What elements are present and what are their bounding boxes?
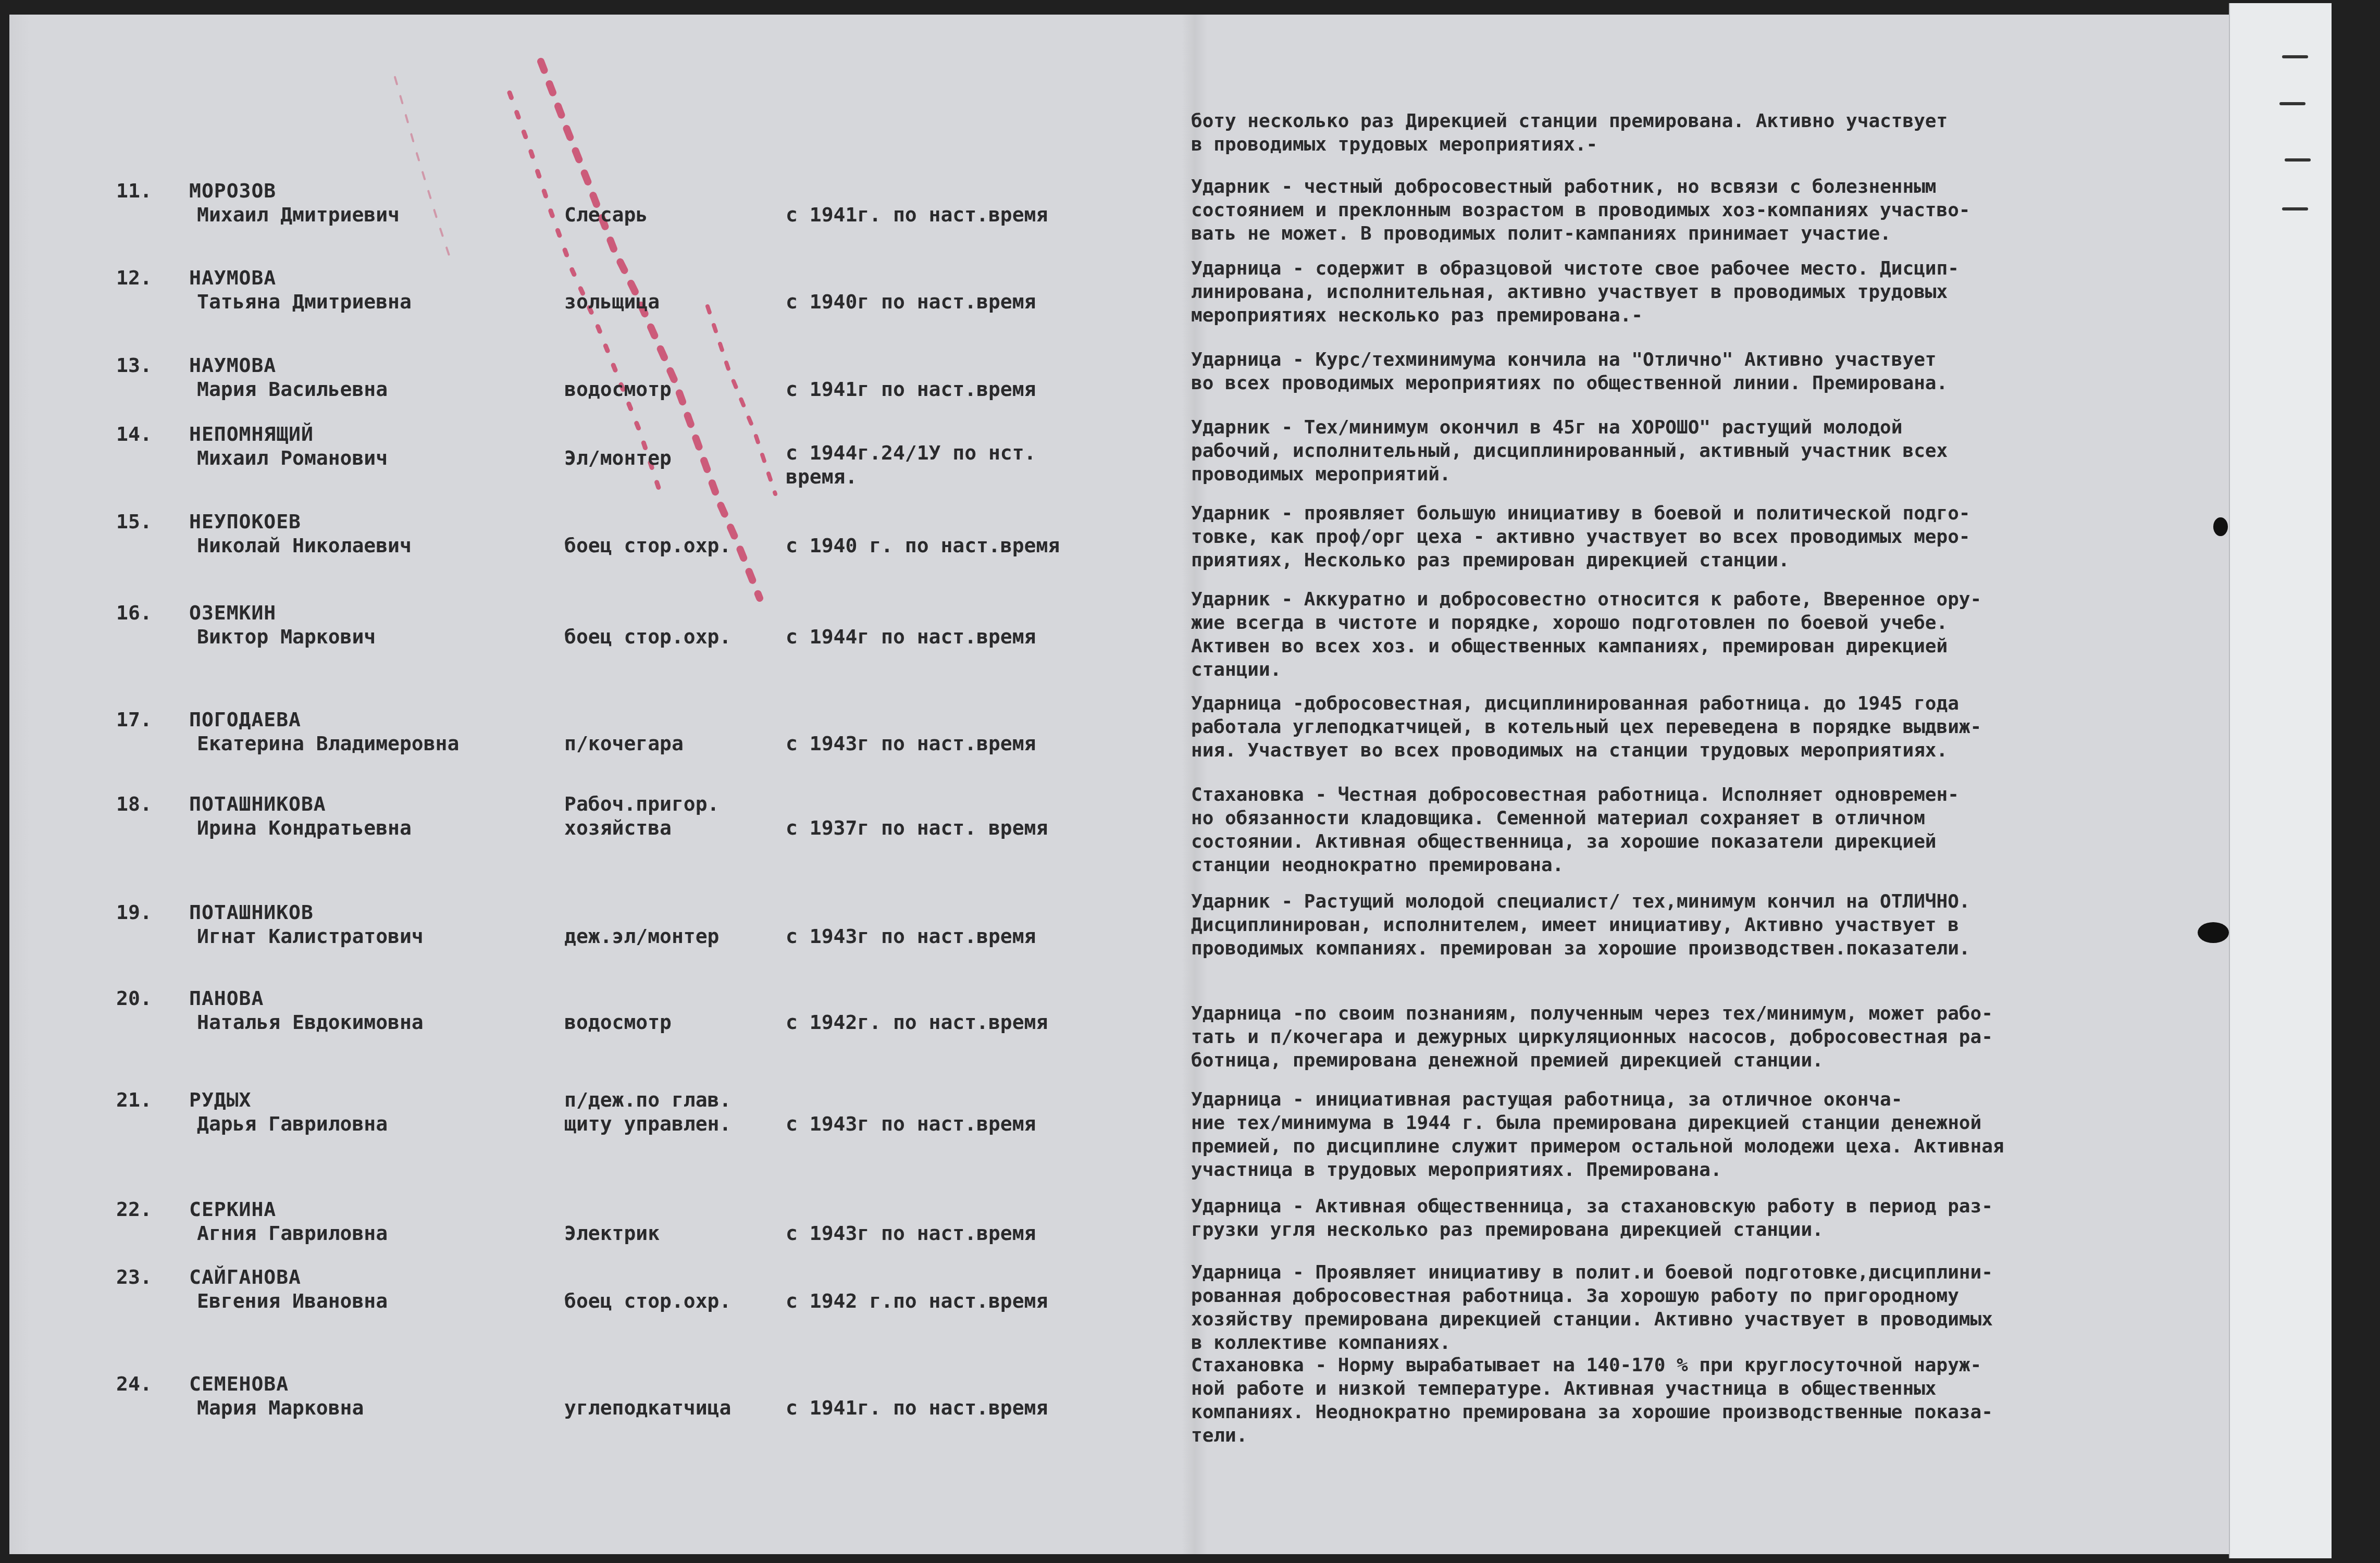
entry-surname: НЕПОМНЯЩИЙ: [189, 422, 314, 446]
entry-number: 16.: [116, 601, 152, 625]
entry-surname: НАУМОВА: [189, 353, 276, 377]
entry-given-names: Михаил Романович: [197, 446, 388, 470]
entry-period: с 1941г. по наст.время: [786, 1396, 1048, 1420]
entry-number: 11.: [116, 179, 152, 203]
entry-surname: ПАНОВА: [189, 986, 264, 1010]
entry-characteristic: Ударник - проявляет большую инициативу в…: [1191, 502, 2207, 572]
entry-surname: САЙГАНОВА: [189, 1265, 301, 1289]
entry-surname: ПОТАШНИКОВА: [189, 792, 326, 816]
entry-position: водосмотр: [564, 1010, 672, 1034]
entry-period: с 1943г по наст.время: [786, 731, 1036, 755]
entry-position: водосмотр: [564, 377, 672, 401]
entry-number: 22.: [116, 1197, 152, 1221]
entry-surname: СЕРКИНА: [189, 1197, 276, 1221]
entry-number: 17.: [116, 708, 152, 731]
entry-number: 12.: [116, 266, 152, 290]
entry-period: с 1940г по наст.время: [786, 290, 1036, 314]
entry-position: Эл/монтер: [564, 446, 672, 470]
entry-surname: МОРОЗОВ: [189, 179, 276, 203]
entry-given-names: Мария Васильевна: [197, 377, 388, 401]
entry-number: 21.: [116, 1088, 152, 1112]
entry-position: Слесарь: [564, 203, 648, 227]
entry-position: боец стор.охр.: [564, 1289, 731, 1313]
entry-number: 15.: [116, 510, 152, 534]
entry-period: с 1942г. по наст.время: [786, 1010, 1048, 1034]
entry-given-names: Игнат Калистратович: [197, 924, 424, 948]
continued-characteristic: боту несколько раз Дирекцией станции пре…: [1191, 109, 2207, 156]
entry-characteristic: Ударница - инициативная растущая работни…: [1191, 1088, 2207, 1182]
entry-surname: НАУМОВА: [189, 266, 276, 290]
entry-period: с 1943г по наст.время: [786, 924, 1036, 948]
entry-given-names: Николай Николаевич: [197, 534, 412, 557]
staple-mark: [2285, 158, 2311, 162]
entry-position: зольщица: [564, 290, 660, 314]
entry-position: боец стор.охр.: [564, 625, 731, 649]
entry-number: 24.: [116, 1372, 152, 1396]
entry-surname: РУДЫХ: [189, 1088, 251, 1112]
entry-characteristic: Ударник - Растущий молодой специалист/ т…: [1191, 890, 2207, 960]
entry-given-names: Агния Гавриловна: [197, 1221, 388, 1245]
entry-characteristic: Ударница - Активная общественница, за ст…: [1191, 1195, 2207, 1242]
entry-characteristic: Стахановка - Честная добросовестная рабо…: [1191, 783, 2207, 877]
entry-surname: ПОТАШНИКОВ: [189, 900, 314, 924]
entry-number: 19.: [116, 900, 152, 924]
entry-given-names: Наталья Евдокимовна: [197, 1010, 424, 1034]
entry-characteristic: Стахановка - Норму вырабатывает на 140-1…: [1191, 1354, 2207, 1447]
document-sheet: 11. МОРОЗОВ Михаил Дмитриевич Слесарь с …: [9, 15, 2229, 1554]
entry-number: 23.: [116, 1265, 152, 1289]
entry-period: с 1941г. по наст.время: [786, 203, 1048, 227]
margin-strip: [2229, 3, 2332, 1558]
entry-period: с 1940 г. по наст.время: [786, 534, 1060, 557]
entry-characteristic: Ударница - содержит в образцовой чистоте…: [1191, 257, 2207, 327]
entry-surname: ПОГОДАЕВА: [189, 708, 301, 731]
entry-period: с 1944г по наст.время: [786, 625, 1036, 649]
entry-characteristic: Ударница -по своим познаниям, полученным…: [1191, 1002, 2207, 1072]
entry-given-names: Дарья Гавриловна: [197, 1112, 388, 1136]
entry-given-names: Виктор Маркович: [197, 625, 376, 649]
entry-position: углеподкатчица: [564, 1396, 731, 1420]
entry-number: 20.: [116, 986, 152, 1010]
entry-position: Электрик: [564, 1221, 660, 1245]
entry-given-names: Ирина Кондратьевна: [197, 816, 412, 840]
entry-period: с 1943г по наст.время: [786, 1112, 1036, 1136]
entry-given-names: Мария Марковна: [197, 1396, 364, 1420]
staple-mark: [2282, 55, 2308, 58]
entry-period: с 1943г по наст.время: [786, 1221, 1036, 1245]
entry-characteristic: Ударник - честный добросовестный работни…: [1191, 175, 2207, 245]
staple-mark: [2282, 207, 2308, 210]
entry-number: 18.: [116, 792, 152, 816]
entry-number: 14.: [116, 422, 152, 446]
entry-given-names: Екатерина Владимеровна: [197, 731, 459, 755]
entry-period: с 1937г по наст. время: [786, 816, 1048, 840]
entry-position: Рабоч.пригор. хозяйства: [564, 792, 719, 840]
binder-hole: [2198, 922, 2229, 943]
entry-period: с 1941г по наст.время: [786, 377, 1036, 401]
entry-given-names: Михаил Дмитриевич: [197, 203, 400, 227]
entry-characteristic: Ударница - Проявляет инициативу в полит.…: [1191, 1261, 2207, 1355]
entry-position: п/кочегара: [564, 731, 684, 755]
entry-surname: ОЗЕМКИН: [189, 601, 276, 625]
entry-surname: СЕМЕНОВА: [189, 1372, 289, 1396]
entry-position: деж.эл/монтер: [564, 924, 719, 948]
entry-characteristic: Ударница -добросовестная, дисциплинирова…: [1191, 692, 2207, 762]
entry-characteristic: Ударник - Тех/минимум окончил в 45г на Х…: [1191, 416, 2207, 486]
binder-hole: [2213, 517, 2228, 536]
staple-mark: [2279, 102, 2305, 105]
entry-position: боец стор.охр.: [564, 534, 731, 557]
entry-position: п/деж.по глав. щиту управлен.: [564, 1088, 731, 1136]
entry-period: с 1944г.24/1У по нст. время.: [786, 441, 1036, 489]
entry-number: 13.: [116, 353, 152, 377]
entry-characteristic: Ударник - Аккуратно и добросовестно отно…: [1191, 588, 2207, 681]
entry-period: с 1942 г.по наст.время: [786, 1289, 1048, 1313]
entry-surname: НЕУПОКОЕВ: [189, 510, 301, 534]
entry-given-names: Татьяна Дмитриевна: [197, 290, 412, 314]
entry-given-names: Евгения Ивановна: [197, 1289, 388, 1313]
entry-characteristic: Ударница - Курс/техминимума кончила на "…: [1191, 348, 2207, 395]
